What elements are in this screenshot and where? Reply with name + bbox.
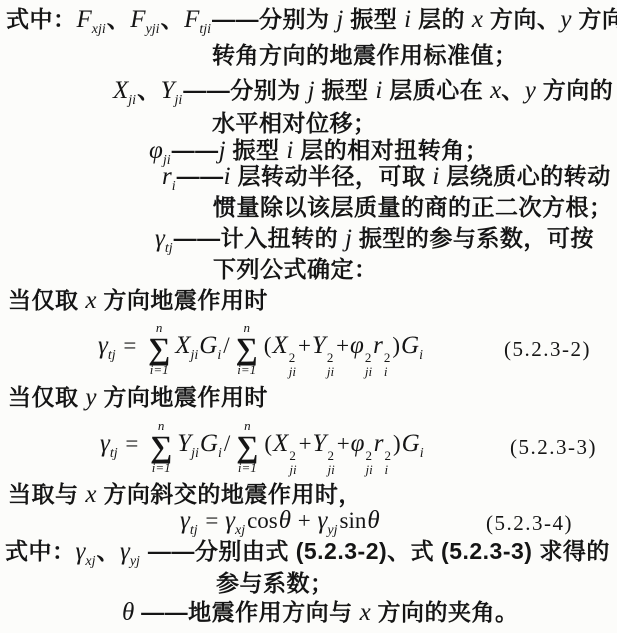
text-run: 层的相对扭转角； [293,137,488,163]
math-operator: cos [246,508,279,533]
math-base: X [273,430,288,457]
text-run: 地震作用方向与 [188,599,359,625]
line-def-theta: θ ——地震作用方向与 x 方向的夹角。 [122,599,519,628]
text-run: —— [212,6,259,32]
summation-symbol: n∑i=1 [148,320,170,379]
text-run: 下列公式确定： [213,256,378,282]
text-run: 当仅取 [8,287,85,313]
text-run: 分别由式 (5.2.3-2)、式 (5.2.3-3) 求得的 [195,538,610,564]
line-text: θ ——地震作用方向与 x 方向的夹角。 [122,599,519,628]
line-text: γtj——计入扭转的 j 振型的参与系数，可按 [155,225,594,257]
math-variable: γxj [225,507,245,539]
math-scripts: 2ji [327,449,334,476]
line-def-gamma-continuation: 参与系数； [216,570,334,596]
math-subscript: ji [289,463,296,477]
math-variable: φ2ji [351,430,373,476]
math-variable: x [360,599,371,626]
text-run: —— [174,225,221,251]
math-subscript: xj [235,523,245,538]
line-def-XY: Xji、Yji——分别为 j 振型 i 层质心在 x、y 方向的 [113,77,613,109]
math-variable: Gi [402,430,424,462]
math-operator: = [199,508,225,533]
math-variable: θ [122,599,134,626]
math-base: G [402,430,420,457]
text-run: 参与系数； [216,570,334,596]
math-base: r [374,430,384,457]
text-run: 分别为 [230,77,307,103]
formula-5-2-3-3-expression: γtj = n∑i=1YjiGi/n∑i=1(X2ji+Y2ji+φ2jir2i… [100,418,425,477]
math-subscript: ji [191,348,199,363]
summation-lower-limit: i=1 [238,460,257,476]
math-subscript: tj [165,241,173,256]
math-subscript: ji [128,93,136,108]
math-superscript: 2 [384,449,391,463]
text-run: 振型 [226,137,287,163]
text-run: 方向地震作用时 [97,384,268,410]
text-run: 层转动半径，可取 [231,163,433,189]
math-base: X [113,77,128,104]
math-base: G [200,430,218,457]
math-variable: j [219,137,226,164]
text-run: 、 [137,77,161,103]
scanned-code-page: 式中：Fxji、Fyji、Ftji——分别为 j 振型 i 层的 x 方向、y … [0,0,617,633]
math-base: γ [225,507,235,534]
math-base: G [401,332,419,359]
line-text: Xji、Yji——分别为 j 振型 i 层质心在 x、y 方向的 [113,77,613,109]
math-superscript: 2 [327,449,334,463]
math-operator: / [222,333,230,358]
math-operator: = [117,333,143,358]
formula-5-2-3-4: γtj = γxjcosθ + γyjsinθ (5.2.3-4) [0,506,617,540]
math-variable: X2ji [273,430,297,476]
math-superscript: 2 [289,351,296,365]
math-subscript: tj [110,446,118,461]
text-run: 计入扭转的 [221,225,345,251]
math-subscript: i [218,446,222,461]
sigma-icon: ∑ [148,336,170,362]
math-variable: r2i [374,430,391,476]
math-variable: x [85,287,96,314]
text-run: 层的 [411,6,472,32]
math-scripts: 2ji [289,449,296,476]
math-base: F [77,6,92,33]
text-run: 当取与 [8,481,85,507]
math-variable: Yji [161,77,183,109]
math-variable: X2ji [272,332,296,378]
math-superscript: 2 [327,351,334,365]
summation-lower-limit: i=1 [237,362,256,378]
math-variable: Gi [199,332,221,364]
math-base: F [130,6,145,33]
line-text: 参与系数； [216,570,334,596]
line-case-x-direction: 当仅取 x 方向地震作用时 [8,287,268,316]
summation-lower-limit: i=1 [152,460,171,476]
math-variable: γxj [76,538,96,570]
math-base: φ [149,137,163,164]
math-base: r [373,332,383,359]
line-text: 惯量除以该层质量的商的正二次方根； [213,194,613,220]
math-variable: x [472,6,483,33]
math-base: F [184,6,199,33]
math-subscript: ji [191,446,199,461]
math-subscript: ji [174,93,182,108]
line-def-gamma-t: γtj——计入扭转的 j 振型的参与系数，可按 [155,225,594,257]
math-base: φ [350,332,364,359]
math-operator: ( [263,333,273,358]
text-run: 方向斜交的地震作用时， [97,481,362,507]
math-variable: γtj [98,332,116,364]
math-subscript: ji [327,463,334,477]
math-subscript: i [384,365,388,379]
math-base: X [272,332,287,359]
math-operator: + [336,431,351,456]
math-variable: Fxji [77,6,106,38]
text-run: 方向和 [571,6,617,32]
text-run: —— [172,137,219,163]
formula-5-2-3-3: γtj = n∑i=1YjiGi/n∑i=1(X2ji+Y2ji+φ2jir2i… [0,416,617,478]
line-where-lead-F: 式中：Fxji、Fyji、Ftji——分别为 j 振型 i 层的 x 方向、y … [6,6,617,38]
text-run: 式中： [6,6,77,32]
line-where-lead-gamma: 式中：γxj、γyj ——分别由式 (5.2.3-2)、式 (5.2.3-3) … [5,538,610,570]
math-base: G [199,332,217,359]
math-base: γ [98,332,108,359]
text-run: 当仅取 [8,384,85,410]
text-run: 惯量除以该层质量的商的正二次方根； [213,194,613,220]
math-subscript: tj [108,348,116,363]
math-subscript: xji [92,22,106,37]
math-variable: Y2ji [313,430,335,476]
formula-5-2-3-2-number: (5.2.3-2) [504,337,591,361]
math-variable: γtj [100,430,118,462]
math-variable: γyj [120,538,140,570]
math-variable: φ2ji [350,332,372,378]
math-base: Y [312,332,326,359]
math-scripts: 2ji [289,351,296,378]
math-variable: Yji [177,430,199,462]
math-subscript: ji [327,365,334,379]
line-def-gamma-t-continuation: 下列公式确定： [213,256,378,282]
line-text: 式中：Fxji、Fyji、Ftji——分别为 j 振型 i 层的 x 方向、y … [6,6,617,38]
math-operator: ) [391,333,401,358]
text-run: 、 [501,77,525,103]
math-subscript: xj [85,554,95,569]
line-def-r-continuation: 惯量除以该层质量的商的正二次方根； [213,194,613,220]
math-variable: Xji [113,77,136,109]
text-run: 方向、 [483,6,560,32]
math-variable: j [308,77,315,104]
line-text: 转角方向的地震作用标准值； [212,42,518,68]
line-text: 当仅取 y 方向地震作用时 [8,384,268,413]
math-variable: r2i [373,332,390,378]
text-run: 、 [107,6,131,32]
math-subscript: i [172,179,176,194]
math-variable: Xji [175,332,198,364]
line-def-F-continuation: 转角方向的地震作用标准值； [212,42,518,68]
line-text: 当仅取 x 方向地震作用时 [8,287,268,316]
math-variable: Gi [200,430,222,462]
math-operator: = [119,431,145,456]
math-subscript: i [384,463,388,477]
text-run: 振型 [343,6,404,32]
text-run: —— [141,538,195,564]
math-variable: θ [367,507,379,534]
math-operator: ( [263,431,273,456]
math-variable: γtj [155,225,173,257]
text-run: 、 [96,538,120,564]
math-variable: Ftji [184,6,211,38]
text-run: 水平相对位移； [212,110,377,136]
math-superscript: 2 [366,449,373,463]
math-subscript: tj [190,523,198,538]
math-base: Y [177,430,191,457]
math-subscript: ji [365,365,372,379]
line-text: ri——i 层转动半径，可取 i 层绕质心的转动 [162,163,611,195]
summation-symbol: n∑i=1 [236,320,258,379]
math-subscript: yj [327,523,337,538]
text-run: 振型的参与系数，可按 [352,225,594,251]
math-variable: y [560,6,571,33]
math-variable: θ [279,507,291,534]
math-base: γ [76,538,86,565]
math-variable: γtj [180,507,198,539]
text-run: 层绕质心的转动 [439,163,610,189]
math-scripts: 2i [384,449,391,476]
math-base: γ [120,538,130,565]
math-operator: + [291,508,317,533]
sigma-icon: ∑ [150,434,172,460]
math-scripts: 2i [384,351,391,378]
math-operator: + [297,333,312,358]
math-variable: i [224,163,231,190]
text-run: 层质心在 [382,77,490,103]
math-operator: ) [392,431,402,456]
math-subscript: yj [130,554,140,569]
math-subscript: i [420,446,424,461]
math-operator: + [298,431,313,456]
formula-5-2-3-2-expression: γtj = n∑i=1XjiGi/n∑i=1(X2ji+Y2ji+φ2jir2i… [98,320,424,379]
math-operator: + [335,333,350,358]
formula-5-2-3-2: γtj = n∑i=1XjiGi/n∑i=1(X2ji+Y2ji+φ2jir2i… [0,318,617,380]
text-run: 方向的夹角。 [371,599,519,625]
line-text: 水平相对位移； [212,110,377,136]
formula-5-2-3-4-expression: γtj = γxjcosθ + γyjsinθ [180,507,380,539]
formula-5-2-3-4-number: (5.2.3-4) [486,511,573,535]
math-superscript: 2 [289,449,296,463]
math-variable: y [85,384,96,411]
text-run: 、 [161,6,185,32]
math-base: γ [318,507,328,534]
math-base: γ [180,507,190,534]
math-variable: y [525,77,536,104]
line-text: 下列公式确定： [213,256,378,282]
math-base: r [162,163,172,190]
text-run: —— [183,77,230,103]
text-run: —— [134,599,188,625]
math-scripts: 2ji [365,351,372,378]
math-subscript: ji [289,365,296,379]
text-run: 方向地震作用时 [97,287,268,313]
math-subscript: tji [199,22,211,37]
math-variable: ri [162,163,176,195]
line-text: 式中：γxj、γyj ——分别由式 (5.2.3-2)、式 (5.2.3-3) … [5,538,610,570]
summation-symbol: n∑i=1 [236,418,258,477]
math-variable: Gi [401,332,423,364]
math-variable: x [490,77,501,104]
math-variable: x [85,481,96,508]
math-scripts: 2ji [327,351,334,378]
math-variable: j [345,225,352,252]
summation-lower-limit: i=1 [150,362,169,378]
math-scripts: 2ji [366,449,373,476]
sigma-icon: ∑ [236,434,258,460]
math-base: γ [155,225,165,252]
math-base: Y [313,430,327,457]
text-run: 振型 [315,77,376,103]
line-def-XY-continuation: 水平相对位移； [212,110,377,136]
math-operator: / [223,431,231,456]
math-subscript: i [419,348,423,363]
math-base: Y [161,77,175,104]
math-base: X [175,332,190,359]
text-run: 式中： [5,538,76,564]
line-def-r: ri——i 层转动半径，可取 i 层绕质心的转动 [162,163,611,195]
math-subscript: yji [146,22,160,37]
math-subscript: i [217,348,221,363]
math-base: γ [100,430,110,457]
line-case-y-direction: 当仅取 y 方向地震作用时 [8,384,268,413]
formula-5-2-3-3-number: (5.2.3-3) [510,435,597,459]
math-base: φ [351,430,365,457]
math-superscript: 2 [384,351,391,365]
text-run: 分别为 [259,6,336,32]
text-run: —— [177,163,224,189]
math-variable: Y2ji [312,332,334,378]
text-run: 方向的 [536,77,613,103]
math-variable: γyj [318,507,338,539]
math-superscript: 2 [365,351,372,365]
math-subscript: ji [366,463,373,477]
math-variable: Fyji [130,6,159,38]
text-run: 转角方向的地震作用标准值； [212,42,518,68]
math-operator: sin [339,508,368,533]
sigma-icon: ∑ [236,336,258,362]
summation-symbol: n∑i=1 [150,418,172,477]
